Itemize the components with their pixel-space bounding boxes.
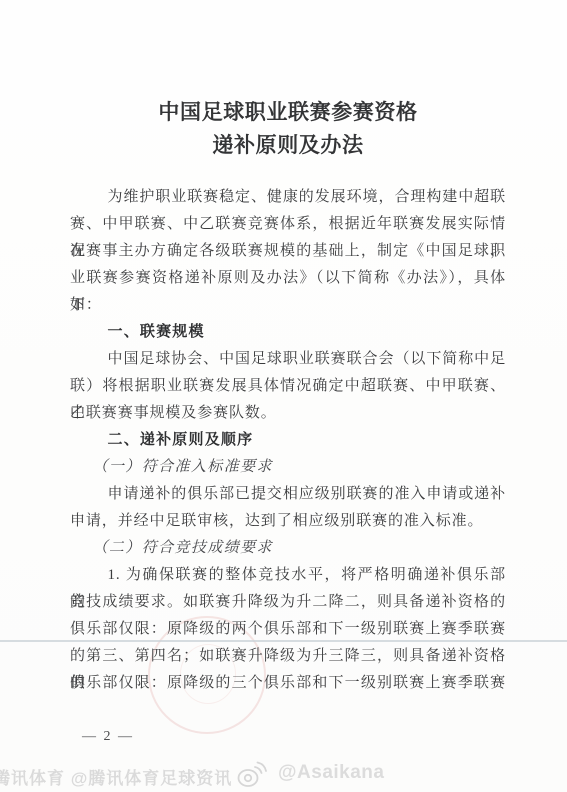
text-line: 联）将根据职业联赛发展具体情况确定中超联赛、中甲联赛、中 [70, 373, 506, 400]
text-line: 竞技成绩要求。如联赛升降级为升二降二，则具备递补资格的 [70, 589, 506, 616]
document-body: 为维护职业联赛稳定、健康的发展环境，合理构建中超联赛、中甲联赛、中乙联赛竞赛体系… [70, 184, 506, 697]
text-line: 下： [70, 292, 506, 319]
text-line: （一）符合准入标准要求 [70, 454, 506, 481]
text-line: 俱乐部仅限：原降级的两个俱乐部和下一级别联赛上赛季联赛 [70, 616, 506, 643]
text-line: 一、联赛规模 [70, 319, 506, 346]
title-line-1: 中国足球职业联赛参赛资格 [70, 96, 506, 129]
document-title: 中国足球职业联赛参赛资格 递补原则及办法 [70, 96, 506, 162]
text-line: 俱乐部仅限：原降级的三个俱乐部和下一级别联赛上赛季联赛 [70, 670, 506, 697]
text-line: 中国足球协会、中国足球职业联赛联合会（以下简称中足 [70, 346, 506, 373]
text-line: 的第三、第四名；如联赛升降级为升三降三，则具备递补资格的 [70, 643, 506, 670]
text-line: 申请递补的俱乐部已提交相应级别联赛的准入申请或递补 [70, 481, 506, 508]
weibo-icon [235, 758, 269, 790]
text-line: 业联赛参赛资格递补原则及办法》（以下简称《办法》），具体如 [70, 265, 506, 292]
text-line: 赛、中甲联赛、中乙联赛竞赛体系，根据近年联赛发展实际情况， [70, 211, 506, 238]
text-line: 在赛事主办方确定各级联赛规模的基础上，制定《中国足球职 [70, 238, 506, 265]
document-page: 中国足球职业联赛参赛资格 递补原则及办法 为维护职业联赛稳定、健康的发展环境，合… [0, 0, 567, 792]
text-line: （二）符合竞技成绩要求 [70, 535, 506, 562]
text-line: 申请，并经中足联审核，达到了相应级别联赛的准入标准。 [70, 508, 506, 535]
title-line-2: 递补原则及办法 [70, 129, 506, 162]
text-line: 二、递补原则及顺序 [70, 427, 506, 454]
text-line: 乙联赛赛事规模及参赛队数。 [70, 400, 506, 427]
page-number: — 2 — [82, 729, 134, 745]
watermark-bar: 腾讯体育 @腾讯体育足球资讯 @Asaikana [0, 756, 567, 792]
text-line: 为维护职业联赛稳定、健康的发展环境，合理构建中超联 [70, 184, 506, 211]
watermark-handle-text: @Asaikana [278, 762, 384, 784]
watermark-left-text: 腾讯体育 @腾讯体育足球资讯 [0, 764, 232, 789]
text-line: 1. 为确保联赛的整体竞技水平，将严格明确递补俱乐部的 [70, 562, 506, 589]
